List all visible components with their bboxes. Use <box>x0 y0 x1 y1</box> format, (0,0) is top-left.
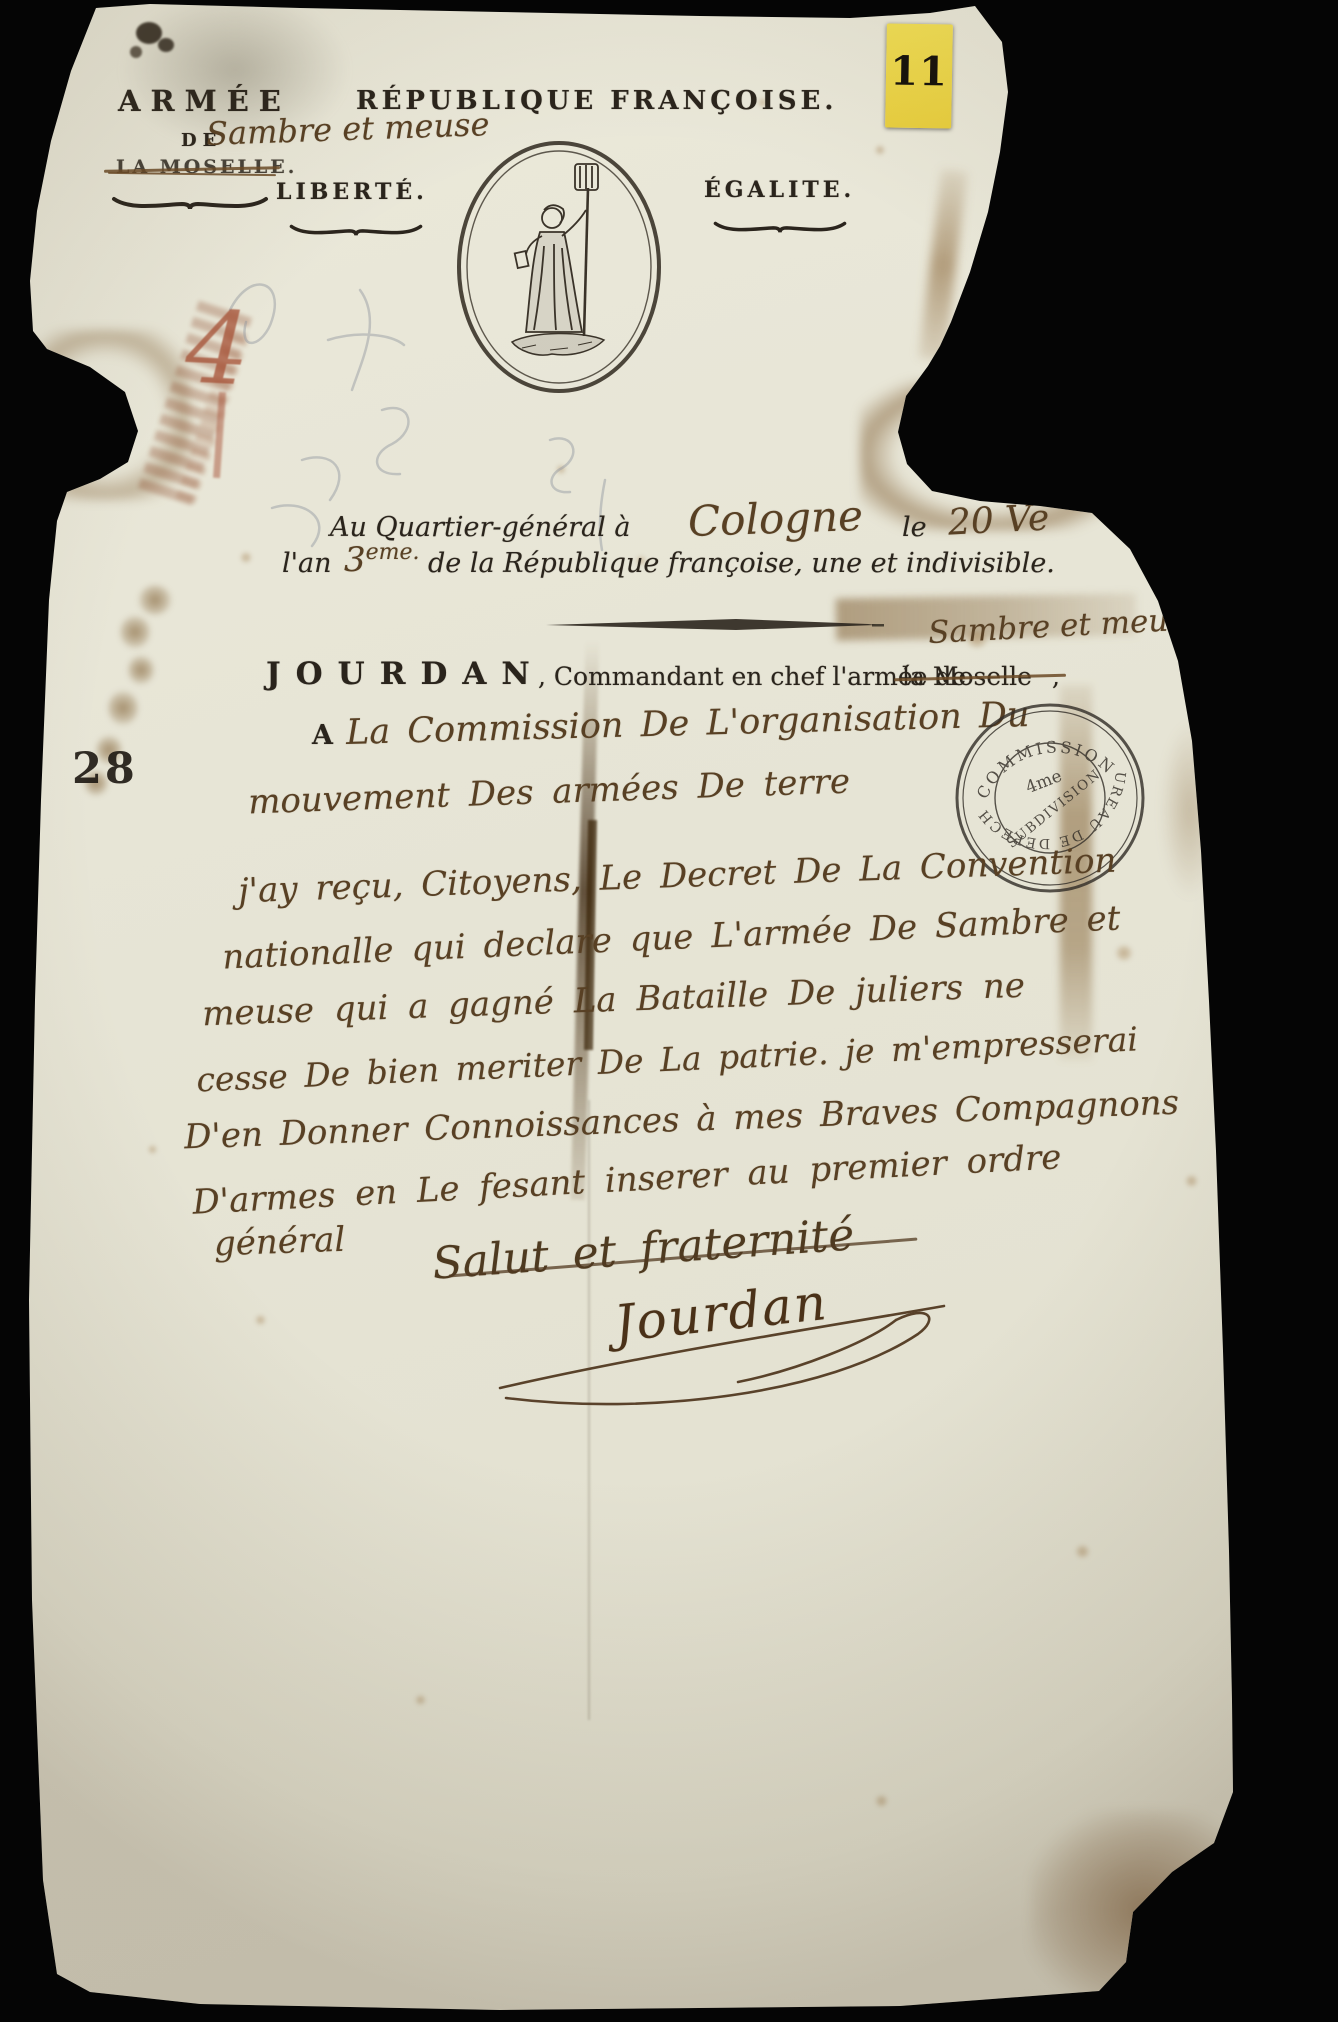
dateline-republic: de la République françoise, une et indiv… <box>428 548 1055 579</box>
tear-edge-stain <box>919 169 968 361</box>
foxing-spot <box>255 1315 266 1325</box>
foxing-spot <box>875 145 885 155</box>
stain-blob <box>138 585 172 615</box>
red-edge-mark <box>10 479 31 530</box>
document-scan: 4 ARMÉE RÉPUBLIQUE FRANÇOISE. DE Sambre … <box>0 0 1338 2022</box>
liberty-emblem <box>452 136 666 398</box>
liberte-label: LIBERTÉ. <box>276 179 428 205</box>
liberty-figure <box>512 164 604 355</box>
folio-number: 28 <box>72 744 138 794</box>
letter-paper: 4 ARMÉE RÉPUBLIQUE FRANÇOISE. DE Sambre … <box>0 0 1338 2022</box>
foxing-spot <box>1005 305 1019 317</box>
tag-number: 11 <box>890 48 948 96</box>
brace-ornament <box>288 222 424 238</box>
egalite-label: ÉGALITE. <box>704 177 855 203</box>
body-line: nationalle qui declare que L'armée De Sa… <box>222 898 1122 977</box>
address-line1: La Commission De L'organisation Du <box>346 695 1030 753</box>
brace-ornament <box>712 219 848 235</box>
stain-blob <box>128 655 154 685</box>
dateline-date: 20 Ve <box>947 497 1050 543</box>
body-line: meuse qui a gagné La Bataille De juliers… <box>202 966 1026 1035</box>
trailing-comma: , <box>1052 662 1060 691</box>
dateline-printed: Au Quartier-général à <box>330 512 630 543</box>
dateline-place: Cologne <box>687 491 864 546</box>
stain-blob <box>120 615 150 649</box>
dateline-lan: l'an <box>282 548 332 579</box>
dateline-le: le <box>902 512 927 543</box>
bottom-right-stain <box>1030 1810 1260 2010</box>
brace-ornament <box>110 194 270 212</box>
author-name: JOURDAN <box>266 656 545 692</box>
year-digit: 3 <box>344 540 366 580</box>
archival-tag: 11 <box>885 23 953 128</box>
foxing-spot <box>415 1695 426 1705</box>
foxing-spot <box>1080 50 1096 64</box>
ink-blot <box>128 16 200 78</box>
address-a: A <box>312 720 333 751</box>
foxing-spot <box>1075 1545 1090 1558</box>
year-suffix: eme. <box>366 540 420 565</box>
address-line2: mouvement Des armées De terre <box>247 762 850 823</box>
foxing-spot <box>148 1145 157 1154</box>
body-line: général <box>213 1220 346 1265</box>
stain-blob <box>108 690 138 726</box>
foxing-spot <box>875 1795 888 1807</box>
stamp-center-number: 4me <box>1023 766 1065 798</box>
right-edge-stain <box>1160 720 1220 900</box>
foxing-spot <box>1115 945 1133 961</box>
dateline-year: 3eme. <box>344 540 420 580</box>
red-crayon-number: 4 <box>183 288 253 408</box>
body-line: cesse De bien meriter De La patrie. je m… <box>196 1019 1139 1099</box>
foxing-spot <box>1150 215 1162 227</box>
divider-rule <box>546 618 886 632</box>
foxing-spot <box>1185 1175 1198 1187</box>
